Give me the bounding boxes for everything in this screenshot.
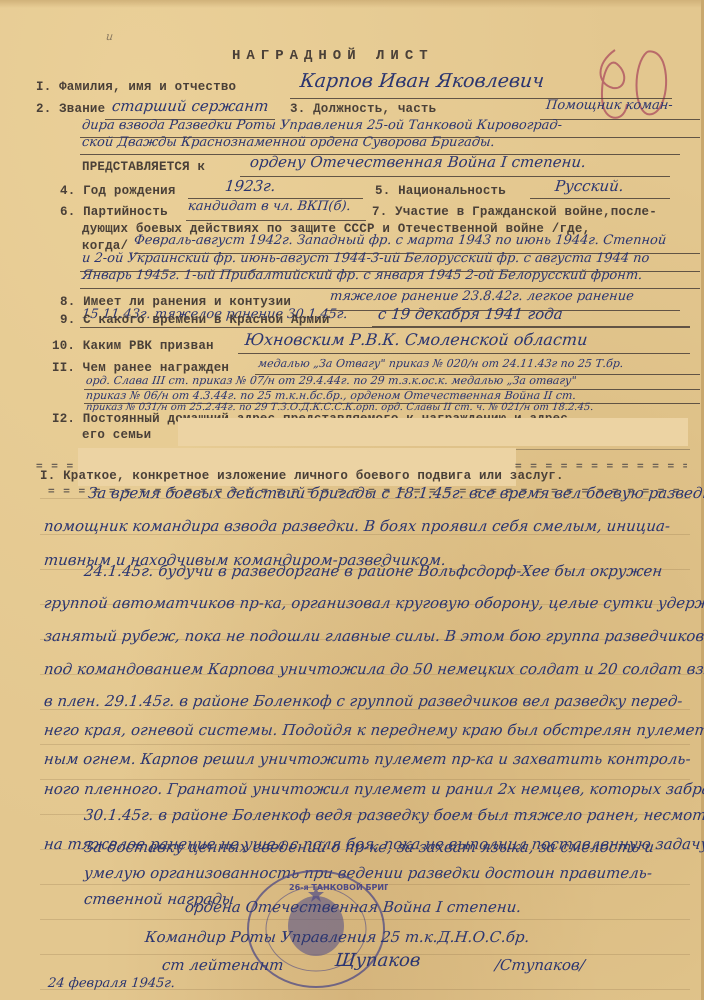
field-3-value-line-1: Помощник коман- — [545, 98, 673, 113]
field-11-value-line-1: медалью „За Отвагу" приказ № 020/н от 24… — [257, 357, 624, 370]
document-date: 24 февраля 1945г. — [47, 976, 176, 991]
underline — [186, 220, 366, 221]
ruled-line — [40, 744, 690, 745]
field-6-label: 6. Партийность — [60, 205, 168, 219]
narrative-line: в плен. 29.1.45г. в районе Боленкоф с гр… — [43, 692, 683, 710]
field-3-value-line-2: дира взвода Разведки Роты Управления 25-… — [81, 118, 563, 133]
narrative-line: ного пленного. Гранатой уничтожил пулеме… — [43, 780, 704, 798]
field-4-label: 4. Год рождения — [60, 184, 176, 198]
field-11-label: II. Чем ранее награжден — [52, 361, 229, 375]
nominated-label: ПРЕДСТАВЛЯЕТСЯ к — [82, 160, 205, 174]
narrative-line: ным огнем. Карпов решил уничтожить пулем… — [43, 750, 692, 768]
signature: Щупаков — [334, 950, 422, 971]
field-7-value-line-3: Январь 1945г. 1-ый Прибалтийский фр. с я… — [81, 268, 643, 283]
narrative-line: под командованием Карпова уничтожила до … — [43, 660, 704, 678]
field-11-value-line-2: орд. Слава III ст. приказ № 07/н от 29.4… — [85, 374, 577, 387]
narrative-line: За время боевых действий бригады с 18.1.… — [87, 484, 704, 502]
field-6-value: кандидат в чл. ВКП(б). — [187, 199, 351, 214]
paper-top-edge — [0, 0, 704, 8]
field-9-value: с 19 декабря 1941 года — [377, 305, 564, 323]
field-1-value: Карпов Иван Яковлевич — [299, 70, 545, 92]
red-pencil-number-mark — [585, 44, 677, 126]
narrative-line: него края, огневой системы. Подойдя к пе… — [43, 721, 704, 739]
field-11-value-line-3: приказ № 06/н от 4.3.44г. по 25 т.к.н.бс… — [85, 389, 576, 402]
underline — [530, 198, 670, 199]
field-5-label: 5. Национальность — [375, 184, 506, 198]
field-10-value: Юхновским Р.В.К. Смоленской области — [244, 330, 588, 349]
narrative-line: 30.1.45г. в районе Боленкоф ведя разведк… — [83, 806, 704, 824]
field-2-label: 2. Звание — [36, 102, 105, 116]
signature-award: ордена Отечественная Война I степени. — [184, 898, 522, 916]
field-12-label-line-2: его семьи — [82, 428, 151, 442]
narrative-line: занятый рубеж, пока не подошли главные с… — [43, 627, 704, 645]
narrative-line: группой автоматчиков пр-ка, организовал … — [43, 594, 704, 612]
underline — [540, 119, 700, 120]
field-3-value-line-3: ской Дважды Краснознаменной ордена Сувор… — [81, 135, 495, 150]
field-7-value-line-1: Февраль-август 1942г. Западный фр. с мар… — [133, 233, 667, 248]
field-5-value: Русский. — [554, 177, 625, 195]
pencil-mark: и — [105, 30, 113, 43]
page-title: НАГРАДНОЙ ЛИСТ — [232, 48, 434, 64]
narrative-line: помощник командира взвода разведки. В бо… — [43, 517, 671, 535]
underline — [238, 353, 690, 354]
field-1-label: I. Фамилия, имя и отчество — [36, 80, 236, 94]
section-1-heading: I. Краткое, конкретное изложение личного… — [40, 469, 564, 483]
field-3-label: 3. Должность, часть — [290, 102, 436, 116]
narrative-line: 24.1.45г. будучи в разведоргане в районе… — [83, 562, 663, 580]
field-7-value-line-2: и 2-ой Украинский фр. июнь-август 1944-3… — [81, 251, 650, 266]
nominated-award: ордену Отечественная Война I степени. — [249, 153, 587, 171]
narrative-line: За доставку ценных сведений о пр-ке, за … — [83, 838, 655, 856]
field-2-value: старший сержант — [111, 97, 269, 115]
stamp-text: 26-я ТАНКОВОЙ БРИГАДЫ — [289, 881, 388, 892]
field-8-value-line-1: тяжелое ранение 23.8.42г. легкое ранение — [329, 289, 634, 304]
redacted-address — [178, 418, 688, 446]
field-10-label: 10. Каким РВК призван — [52, 339, 214, 353]
field-9-label: 9. С какого времени в Красной Армии — [60, 313, 330, 327]
signature-rank: ст лейтенант — [161, 956, 284, 974]
signatory-name: /Ступаков/ — [494, 956, 586, 974]
field-7-label-line-1: 7. Участие в Гражданской войне,после- — [372, 205, 657, 219]
underline — [372, 326, 690, 327]
underline — [80, 327, 690, 328]
field-4-value: 1923г. — [224, 177, 276, 195]
signature-role: Командир Роты Управления 25 т.к.Д.Н.О.С.… — [144, 928, 530, 946]
